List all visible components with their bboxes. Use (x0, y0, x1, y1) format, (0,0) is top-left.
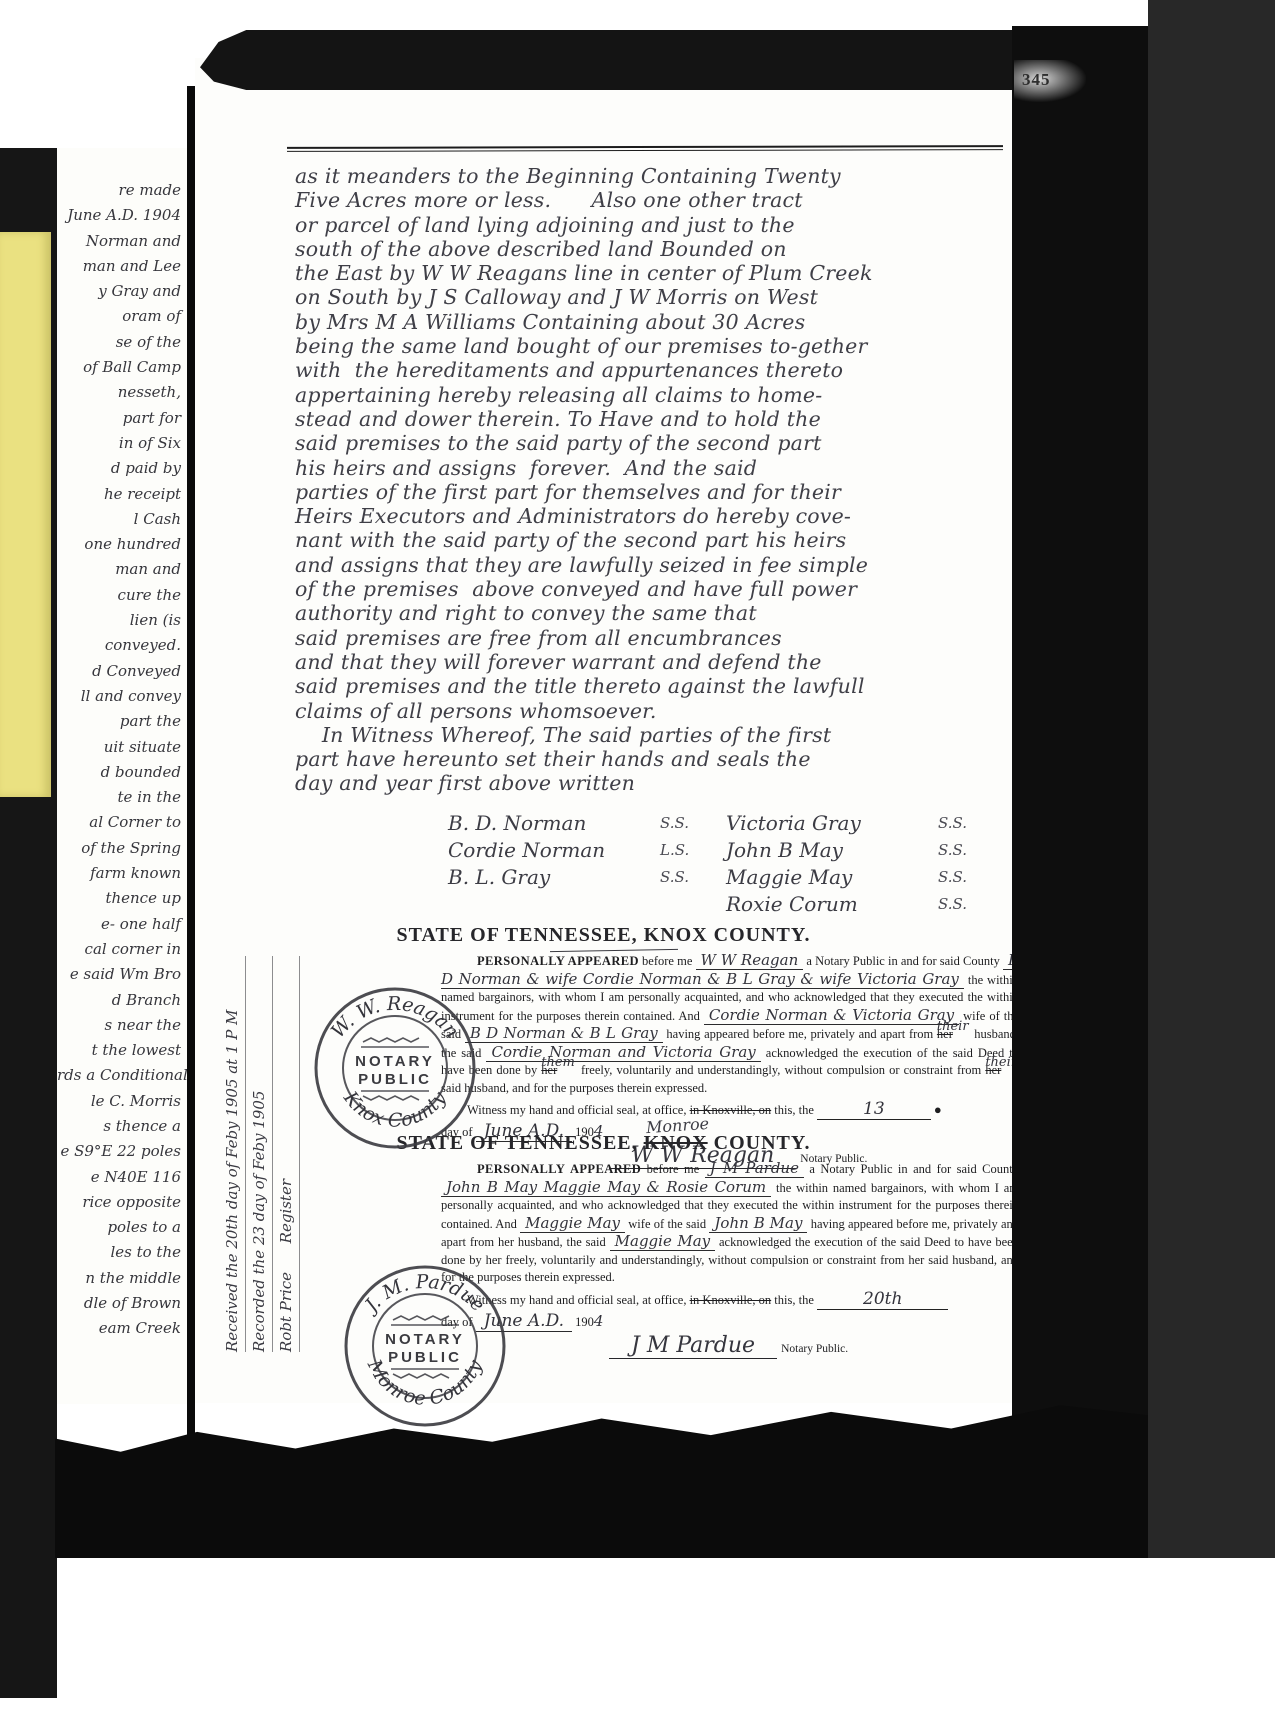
adjacent-page-line: re made (57, 178, 187, 203)
adjacent-page-line: man and (57, 557, 187, 582)
notary1-segment: having appeared before me, privately and… (663, 1027, 937, 1041)
svg-text:Knox County: Knox County (339, 1087, 451, 1132)
notary1-witness-segment: ● (931, 1102, 942, 1117)
signer-name-left: B. L. Gray (448, 864, 660, 891)
seal-mark-left: S.S. (660, 864, 726, 891)
adjacent-page-line: te in the (57, 785, 187, 810)
adjacent-page-line: y Gray and (57, 279, 187, 304)
notary1-witness-segment: Witness my hand and official seal, at of… (467, 1103, 690, 1117)
stamp1-word-notary: NOTARY (355, 1053, 435, 1070)
scan-border-bottom (55, 1392, 1148, 1558)
adjacent-page-line: oram of (57, 304, 187, 329)
adjacent-page-line: e- one half (57, 912, 187, 937)
adjacent-page-line: in of Six (57, 431, 187, 456)
notary-stamp-pardue-seal: J. M. Pardue Monroe County NOTARY PUBLIC (341, 1262, 509, 1430)
notary2-acknowledgment: PERSONALLY APPEARED before me J M Pardue… (441, 1160, 1019, 1358)
notary2-witness-segment: in Knoxville, on (690, 1293, 772, 1307)
notary1-segment: a Notary Public in and for said County (803, 954, 1003, 968)
register-margin-note: Received the 20th day of Feby 1905 at 1 … (219, 956, 300, 1352)
signer-name-right: John B May (726, 837, 938, 864)
deed-line: with the hereditaments and appurtenances… (295, 358, 1007, 382)
adjacent-page-line: d Conveyed (57, 659, 187, 684)
register-note-line: Received the 20th day of Feby 1905 at 1 … (219, 956, 246, 1352)
scanned-deed-record: { "page_number": "345", "left_page_fragm… (0, 0, 1275, 1725)
adjacent-page-line: e said Wm Bro (57, 962, 187, 987)
signer-name-left: B. D. Norman (448, 810, 660, 837)
deed-line: claims of all persons whomsoever. (295, 699, 1007, 723)
notary2-segment: Maggie May (610, 1232, 715, 1251)
seal-mark-right: S.S. (938, 891, 993, 918)
signer-name-right: Roxie Corum (726, 891, 938, 918)
book-spine-line (187, 86, 195, 1446)
notary1-segment: W W Reagan (696, 951, 804, 970)
scan-border-top (200, 30, 1125, 90)
adjacent-page-line: cure the (57, 583, 187, 608)
adjacent-page-line: d paid by (57, 456, 187, 481)
deed-line: the East by W W Reagans line in center o… (295, 261, 1007, 285)
adjacent-page-line: farm known (57, 861, 187, 886)
deed-line: authority and right to convey the same t… (295, 601, 1007, 625)
notary2-segment: a Notary Public in and for said County (804, 1162, 1019, 1176)
deed-line: said premises and the title thereto agai… (295, 674, 1007, 698)
deed-line: said premises are free from all encumbra… (295, 626, 1007, 650)
scan-border-right (1012, 26, 1148, 1558)
adjacent-page-line: s near the (57, 1013, 187, 1038)
notary2-witness-line1: Witness my hand and official seal, at of… (441, 1291, 1019, 1309)
signer-name-left (448, 891, 660, 918)
notary1-witness-segment: 13 (817, 1099, 931, 1120)
notary2-segment: John B May (709, 1214, 807, 1233)
stamp1-county-arc: Knox County (339, 1087, 451, 1132)
notary1-segment: B D Norman & B L Gray (465, 1024, 663, 1043)
notary1-segment: said husband, and for the purposes there… (441, 1081, 707, 1095)
deed-body-text: as it meanders to the Beginning Containi… (295, 164, 1007, 796)
adjacent-page-line: lien (is (57, 608, 187, 633)
adjacent-page-line: June A.D. 1904 (57, 203, 187, 228)
seal-mark-left (660, 891, 726, 918)
notary1-segment: before me (639, 954, 696, 968)
notary1-heading: STATE OF TENNESSEE, KNOX COUNTY. (195, 924, 1012, 947)
notary2-witness-segment: 190 (572, 1315, 594, 1329)
notary2-signature-name: J M Pardue (609, 1333, 777, 1359)
signer-name-left: Cordie Norman (448, 837, 660, 864)
deed-line: and that they will forever warrant and d… (295, 650, 1007, 674)
deed-line: being the same land bought of our premis… (295, 334, 1007, 358)
notary2-segment: before me (641, 1162, 705, 1176)
stamp2-word-notary: NOTARY (385, 1331, 465, 1348)
signature-row: B. L. Gray S.S. Maggie May S.S. (448, 864, 993, 891)
adjacent-page-line: man and Lee (57, 254, 187, 279)
seal-mark-left: L.S. (660, 837, 726, 864)
signature-block: B. D. Norman S.S. Victoria Gray S.S. Cor… (448, 810, 993, 918)
adjacent-page-line: conveyed. (57, 633, 187, 658)
deed-line: and assigns that they are lawfully seize… (295, 553, 1007, 577)
deed-line: of the premises above conveyed and have … (295, 577, 1007, 601)
adjacent-page-line: one hundred (57, 532, 187, 557)
notary2-witness-segment: this, the (771, 1293, 817, 1307)
seal-mark-right: S.S. (938, 864, 993, 891)
notary1-witness-segment: this, the (771, 1103, 817, 1117)
notary1-segment: them (541, 1055, 575, 1070)
adjacent-page-line: les to the (57, 1240, 187, 1265)
notary2-paragraph: PERSONALLY APPEARED before me J M Pardue… (441, 1160, 1019, 1287)
seal-mark-right: S.S. (938, 810, 993, 837)
register-note-line: Robt Price Register (273, 956, 300, 1352)
signer-name-right: Maggie May (726, 864, 938, 891)
adjacent-page-line: poles to a (57, 1215, 187, 1240)
seal-mark-right: S.S. (938, 837, 993, 864)
notary2-heading-county-wrap: KNOXMonroe (644, 1132, 708, 1155)
adjacent-page-line: l Cash (57, 507, 187, 532)
notary2-segment: Maggie May (520, 1214, 625, 1233)
stamp1-word-public: PUBLIC (358, 1071, 432, 1088)
yellow-bookmark-strip (0, 232, 51, 797)
signature-row: Roxie Corum S.S. (448, 891, 993, 918)
notary2-signature: J M Pardue Notary Public. (441, 1333, 1019, 1358)
notary2-segment: J M Pardue (705, 1159, 804, 1178)
deed-line: or parcel of land lying adjoining and ju… (295, 213, 1007, 237)
notary2-heading-post: COUNTY. (708, 1132, 811, 1154)
adjacent-page-line: n the middle (57, 1266, 187, 1291)
deed-line: part have hereunto set their hands and s… (295, 747, 1007, 771)
adjacent-page-fragments: re madeJune A.D. 1904Norman andman and L… (57, 148, 187, 1404)
signature-row: Cordie Norman L.S. John B May S.S. (448, 837, 993, 864)
adjacent-page-line: of Ball Camp (57, 355, 187, 380)
seal-mark-left: S.S. (660, 810, 726, 837)
adjacent-page-line: he receipt (57, 482, 187, 507)
deed-line: south of the above described land Bounde… (295, 237, 1007, 261)
adjacent-page-line: thence up (57, 886, 187, 911)
notary1-segment: Cordie Norman & Victoria Gray (704, 1006, 959, 1025)
notary2-witness-segment: 4 (594, 1312, 604, 1330)
deed-line: In Witness Whereof, The said parties of … (295, 723, 1007, 747)
deed-line: said premises to the said party of the s… (295, 431, 1007, 455)
signer-name-right: Victoria Gray (726, 810, 938, 837)
adjacent-page-line: e N40E 116 (57, 1165, 187, 1190)
adjacent-page-line: part the (57, 709, 187, 734)
adjacent-page-line: of the Spring (57, 836, 187, 861)
deed-line: stead and dower therein. To Have and to … (295, 407, 1007, 431)
adjacent-page-line: d bounded (57, 760, 187, 785)
signature-row: B. D. Norman S.S. Victoria Gray S.S. (448, 810, 993, 837)
notary2-segment: wife of the said (625, 1217, 709, 1231)
notary2-witness-segment: 20th (817, 1289, 948, 1310)
deed-line: parties of the first part for themselves… (295, 480, 1007, 504)
deed-line: on South by J S Calloway and J W Morris … (295, 285, 1007, 309)
deed-line: Five Acres more or less. Also one other … (295, 188, 1007, 212)
deed-line: by Mrs M A Williams Containing about 30 … (295, 310, 1007, 334)
notary-stamp-reagan-seal: W. W. Reagan Knox County NOTARY PUBLIC (311, 984, 479, 1152)
adjacent-page-line: al Corner to (57, 810, 187, 835)
notary1-witness-line1: Witness my hand and official seal, at of… (441, 1101, 1019, 1119)
deed-line: as it meanders to the Beginning Containi… (295, 164, 1007, 188)
adjacent-page-line: rice opposite (57, 1190, 187, 1215)
notary1-segment: PERSONALLY APPEARED (477, 954, 639, 968)
adjacent-page-line: nesseth, (57, 380, 187, 405)
page-number: 345 (1014, 60, 1086, 102)
adjacent-page-line: ll and convey (57, 684, 187, 709)
notary1-paragraph: PERSONALLY APPEARED before me W W Reagan… (441, 952, 1019, 1097)
deed-line: nant with the said party of the second p… (295, 528, 1007, 552)
deed-line: his heirs and assigns forever. And the s… (295, 456, 1007, 480)
adjacent-page-line: Norman and (57, 229, 187, 254)
deed-page: as it meanders to the Beginning Containi… (195, 58, 1012, 1403)
deed-line: appertaining hereby releasing all claims… (295, 383, 1007, 407)
deed-line: Heirs Executors and Administrators do he… (295, 504, 1007, 528)
stamp2-word-public: PUBLIC (388, 1349, 462, 1366)
adjacent-page-line: eam Creek (57, 1316, 187, 1341)
adjacent-page-line: se of the (57, 330, 187, 355)
notary1-segment: their (937, 1019, 969, 1034)
notary2-segment: PERSONALLY APPEARED (477, 1162, 641, 1176)
adjacent-page-line: cal corner in (57, 937, 187, 962)
adjacent-page-line: e S9°E 22 poles (57, 1139, 187, 1164)
adjacent-page-line: s thence a (57, 1114, 187, 1139)
adjacent-page-line: part for (57, 406, 187, 431)
notary1-segment: Cordie Norman and Victoria Gray (486, 1043, 760, 1062)
adjacent-page-line: uit situate (57, 735, 187, 760)
adjacent-page-line: dle of Brown (57, 1291, 187, 1316)
notary1-segment: freely, voluntarily and understandingly,… (577, 1063, 985, 1077)
adjacent-page-line: rds a Conditional (57, 1063, 187, 1088)
adjacent-page-line: d Branch (57, 988, 187, 1013)
notary2-segment: John B May Maggie May & Rosie Corum (441, 1178, 771, 1197)
notary2-signature-title: Notary Public. (781, 1343, 848, 1355)
adjacent-page-line: le C. Morris (57, 1089, 187, 1114)
scan-border-far-right (1148, 0, 1275, 1558)
top-double-rule (287, 145, 1003, 152)
adjacent-page-line: t the lowest (57, 1038, 187, 1063)
notary2-witness-line2: day of June A.D. 1904 (441, 1313, 1019, 1331)
deed-line: day and year first above written (295, 771, 1007, 795)
register-note-line: Recorded the 23 day of Feby 1905 (246, 956, 273, 1352)
stamp1-name-arc: W. W. Reagan (327, 993, 463, 1042)
svg-text:W. W. Reagan: W. W. Reagan (327, 993, 463, 1042)
